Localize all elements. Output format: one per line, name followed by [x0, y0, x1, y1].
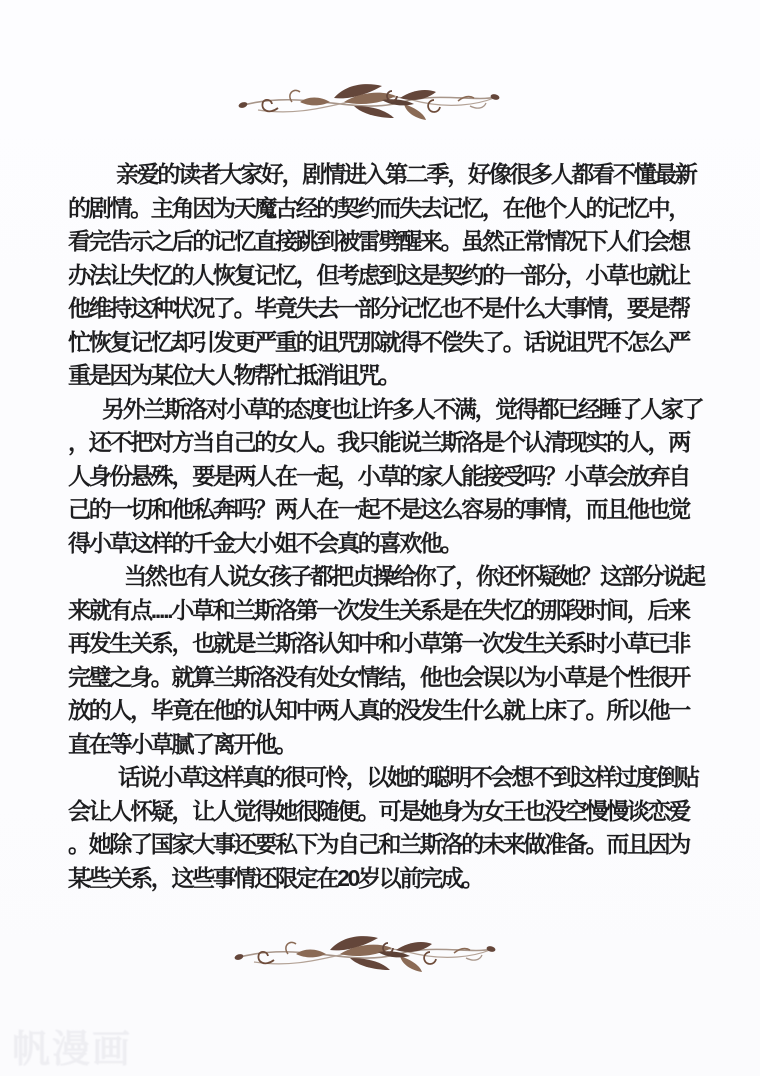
text-line: 重是因为某位大人物帮忙抵消诅咒。: [68, 359, 708, 393]
text-line: 亲爱的读者大家好，剧情进入第二季，好像很多人都看不懂最新: [68, 158, 708, 192]
paragraph-3: 当然也有人说女孩子都把贞操给你了，你还怀疑她？这部分说起 来就有点.....小草…: [68, 560, 708, 761]
floral-divider-top-icon: [234, 76, 502, 124]
text-line: 。她除了国家大事还要私下为自己和兰斯洛的未来做准备。而且因为: [68, 828, 708, 862]
text-line: 某些关系，这些事情还限定在20岁以前完成。: [68, 862, 708, 896]
text-line: 当然也有人说女孩子都把贞操给你了，你还怀疑她？这部分说起: [68, 560, 708, 594]
paragraph-4: 话说小草这样真的很可怜，以她的聪明不会想不到这样过度倒贴 会让人怀疑，让人觉得她…: [68, 761, 708, 895]
text-line: 的剧情。主角因为天魔古经的契约而失去记忆，在他个人的记忆中，: [68, 192, 708, 226]
text-line: 另外兰斯洛对小草的态度也让许多人不满，觉得都已经睡了人家了: [68, 393, 708, 427]
text-line: 完璧之身。就算兰斯洛没有处女情结，他也会误以为小草是个性很开: [68, 661, 708, 695]
text-line: 得小草这样的千金大小姐不会真的喜欢他。: [68, 527, 708, 561]
text-line: 人身份悬殊，要是两人在一起，小草的家人能接受吗？小草会放弃自: [68, 460, 708, 494]
text-line: 来就有点.....小草和兰斯洛第一次发生关系是在失忆的那段时间，后来: [68, 594, 708, 628]
floral-divider-bottom-icon: [230, 928, 498, 976]
text-line: 忙恢复记忆却引发更严重的诅咒那就得不偿失了。话说诅咒不怎么严: [68, 326, 708, 360]
text-line: 话说小草这样真的很可怜，以她的聪明不会想不到这样过度倒贴: [68, 761, 708, 795]
text-line: 直在等小草腻了离开他。: [68, 728, 708, 762]
text-line: 他维持这种状况了。毕竟失去一部分记忆也不是什么大事情，要是帮: [68, 292, 708, 326]
comic-author-note-page: 亲爱的读者大家好，剧情进入第二季，好像很多人都看不懂最新 的剧情。主角因为天魔古…: [0, 0, 760, 1076]
text-line: 放的人，毕竟在他的认知中两人真的没发生什么就上床了。所以他一: [68, 694, 708, 728]
text-line: 会让人怀疑，让人觉得她很随便。可是她身为女王也没空慢慢谈恋爱: [68, 795, 708, 829]
text-line: ，还不把对方当自己的女人。我只能说兰斯洛是个认清现实的人，两: [68, 426, 708, 460]
text-line: 看完告示之后的记忆直接跳到被雷劈醒来。虽然正常情况下人们会想: [68, 225, 708, 259]
paragraph-1: 亲爱的读者大家好，剧情进入第二季，好像很多人都看不懂最新 的剧情。主角因为天魔古…: [68, 158, 708, 393]
text-line: 再发生关系，也就是兰斯洛认知中和小草第一次发生关系时小草已非: [68, 627, 708, 661]
text-line: 己的一切和他私奔吗？两人在一起不是这么容易的事情，而且他也觉: [68, 493, 708, 527]
paragraph-2: 另外兰斯洛对小草的态度也让许多人不满，觉得都已经睡了人家了 ，还不把对方当自己的…: [68, 393, 708, 561]
text-line: 办法让失忆的人恢复记忆，但考虑到这是契约的一部分，小草也就让: [68, 259, 708, 293]
author-note-text: 亲爱的读者大家好，剧情进入第二季，好像很多人都看不懂最新 的剧情。主角因为天魔古…: [68, 158, 708, 895]
watermark-logo: 帆漫画: [12, 1018, 132, 1073]
